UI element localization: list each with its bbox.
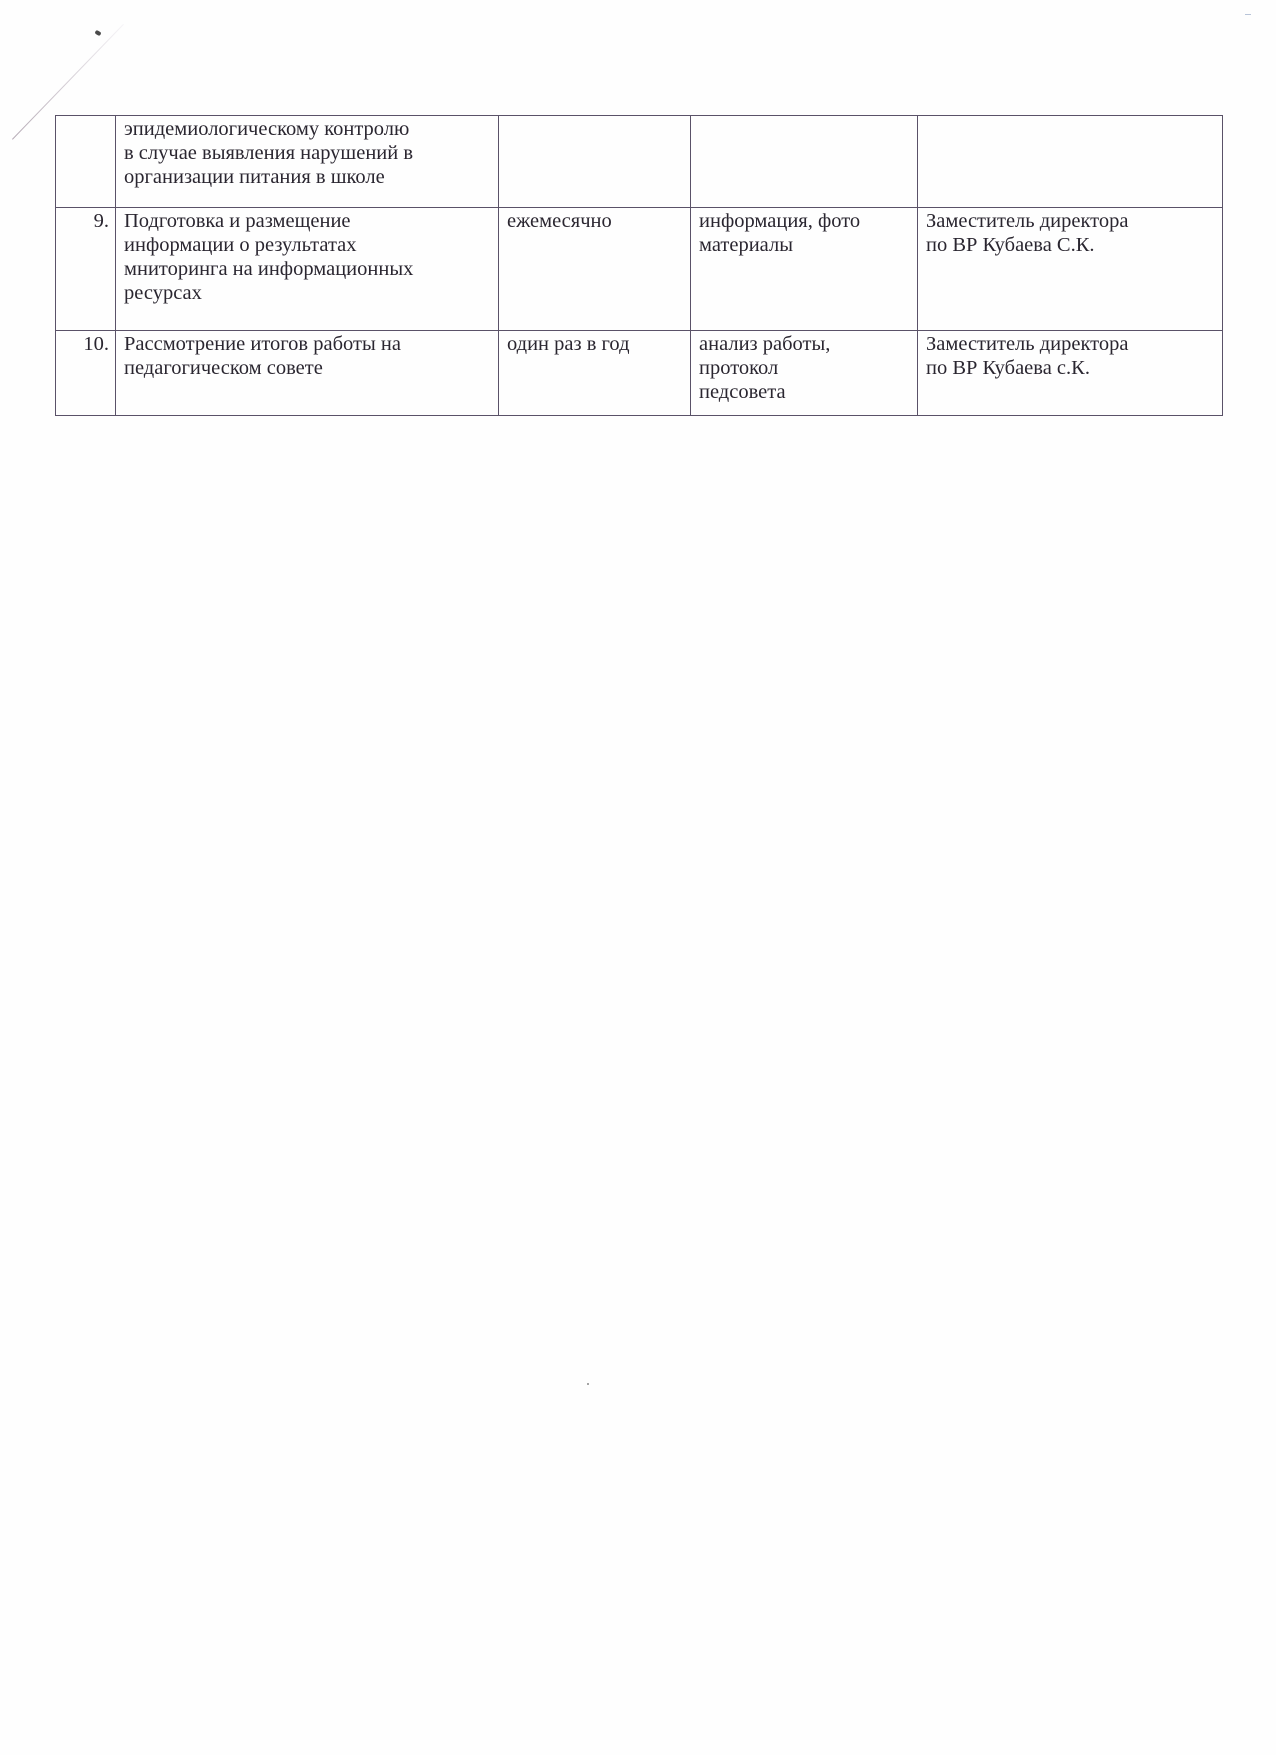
activity-cell: Подготовка и размещение информации о рез… [116, 208, 499, 331]
activity-text: эпидемиологическому контролю [124, 117, 492, 141]
activity-text: мниторинга на информационных [124, 257, 492, 281]
monitoring-plan-table: эпидемиологическому контролю в случае вы… [55, 115, 1223, 416]
scan-edge-mark [1245, 14, 1251, 15]
activity-text: педагогическом совете [124, 356, 492, 380]
activity-text: Подготовка и размещение [124, 209, 492, 233]
form-cell: анализ работы, протокол педсовета [691, 331, 918, 416]
term-cell: один раз в год [499, 331, 691, 416]
activity-text: информации о результатах [124, 233, 492, 257]
form-text: материалы [699, 233, 911, 257]
table-row: эпидемиологическому контролю в случае вы… [56, 116, 1223, 208]
responsible-cell [918, 116, 1223, 208]
responsible-text: Заместитель директора [926, 332, 1216, 356]
activity-text: Рассмотрение итогов работы на [124, 332, 492, 356]
scan-mark [94, 30, 101, 36]
scan-dust-dot [587, 1383, 589, 1385]
form-cell: информация, фото материалы [691, 208, 918, 331]
term-cell [499, 116, 691, 208]
responsible-text: Заместитель директора [926, 209, 1216, 233]
activity-cell: Рассмотрение итогов работы на педагогиче… [116, 331, 499, 416]
form-text: информация, фото [699, 209, 911, 233]
form-text: педсовета [699, 380, 911, 404]
activity-text: ресурсах [124, 281, 492, 305]
responsible-text: по ВР Кубаева С.К. [926, 233, 1216, 257]
table-row: 9. Подготовка и размещение информации о … [56, 208, 1223, 331]
table-row: 10. Рассмотрение итогов работы на педаго… [56, 331, 1223, 416]
activity-text: организации питания в школе [124, 165, 492, 189]
form-cell [691, 116, 918, 208]
responsible-cell: Заместитель директора по ВР Кубаева с.К. [918, 331, 1223, 416]
responsible-cell: Заместитель директора по ВР Кубаева С.К. [918, 208, 1223, 331]
activity-cell: эпидемиологическому контролю в случае вы… [116, 116, 499, 208]
responsible-text: по ВР Кубаева с.К. [926, 356, 1216, 380]
form-text: анализ работы, [699, 332, 911, 356]
row-number [56, 116, 116, 208]
term-cell: ежемесячно [499, 208, 691, 331]
row-number: 10. [56, 331, 116, 416]
term-text: один раз в год [507, 332, 684, 356]
row-number: 9. [56, 208, 116, 331]
term-text: ежемесячно [507, 209, 684, 233]
activity-text: в случае выявления нарушений в [124, 141, 492, 165]
form-text: протокол [699, 356, 911, 380]
